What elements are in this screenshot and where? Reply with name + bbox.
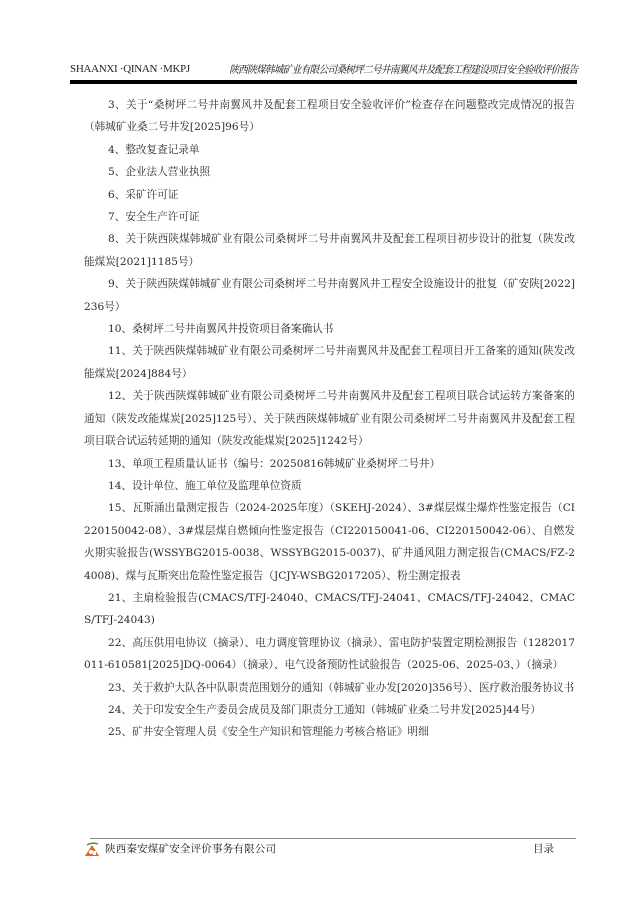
header-report-title: 陕西陕煤韩城矿业有限公司桑树坪二号井南翼风井及配套工程建设项目安全验收评价报告	[229, 62, 577, 77]
list-item: 15、瓦斯涌出量测定报告（2024-2025年度）（SKEHJ-2024）、3#…	[84, 497, 575, 587]
list-item: 23、关于救护大队各中队职责范围划分的通知（韩城矿业办发[2020]356号）、…	[84, 677, 575, 699]
list-item: 12、关于陕西陕煤韩城矿业有限公司桑树坪二号井南翼风井及配套工程项目联合试运转方…	[84, 385, 575, 452]
header-divider	[70, 80, 577, 84]
list-item: 10、桑树坪二号井南翼风井投资项目备案确认书	[84, 318, 575, 340]
page-footer: 陕西秦安煤矿安全评价事务有限公司 目录	[84, 838, 576, 860]
list-item: 25、矿井安全管理人员《安全生产知识和管理能力考核合格证》明细	[84, 721, 575, 743]
list-item: 6、采矿许可证	[84, 184, 575, 206]
list-item: 14、设计单位、施工单位及监理单位资质	[84, 475, 575, 497]
list-item: 21、主扇检验报告(CMACS/TFJ-24040、CMACS/TFJ-2404…	[84, 587, 575, 632]
list-item: 7、安全生产许可证	[84, 206, 575, 228]
list-item: 13、单项工程质量认证书（编号：20250816韩城矿业桑树坪二号井）	[84, 453, 575, 475]
list-item: 4、整改复查记录单	[84, 139, 575, 161]
list-item: 9、关于陕西陕煤韩城矿业有限公司桑树坪二号井南翼风井工程安全设施设计的批复（矿安…	[84, 273, 575, 318]
list-item: 24、关于印发安全生产委员会成员及部门职责分工通知（韩城矿业桑二号井发[2025…	[84, 699, 575, 721]
list-item: 8、关于陕西陕煤韩城矿业有限公司桑树坪二号井南翼风井及配套工程项目初步设计的批复…	[84, 228, 575, 273]
list-item: 11、关于陕西陕煤韩城矿业有限公司桑树坪二号井南翼风井及配套工程项目开工备案的通…	[84, 340, 575, 385]
list-item: 22、高压供用电协议（摘录）、电力调度管理协议（摘录）、雷电防护装置定期检测报告…	[84, 632, 575, 677]
page-header: SHAANXI ·QINAN ·MKPJ 陕西陕煤韩城矿业有限公司桑树坪二号井南…	[67, 60, 577, 88]
footer-divider	[90, 838, 576, 839]
attachment-list: 3、关于“桑树坪二号井南翼风井及配套工程项目安全验收评价”检查存在问题整改完成情…	[87, 94, 575, 744]
header-company-abbrev: SHAANXI ·QINAN ·MKPJ	[70, 63, 190, 75]
footer-company-name: 陕西秦安煤矿安全评价事务有限公司	[105, 841, 276, 856]
list-item: 5、企业法人营业执照	[84, 161, 575, 183]
company-logo-icon	[84, 841, 100, 855]
footer-section-label: 目录	[533, 841, 554, 856]
list-item: 3、关于“桑树坪二号井南翼风井及配套工程项目安全验收评价”检查存在问题整改完成情…	[84, 94, 575, 139]
